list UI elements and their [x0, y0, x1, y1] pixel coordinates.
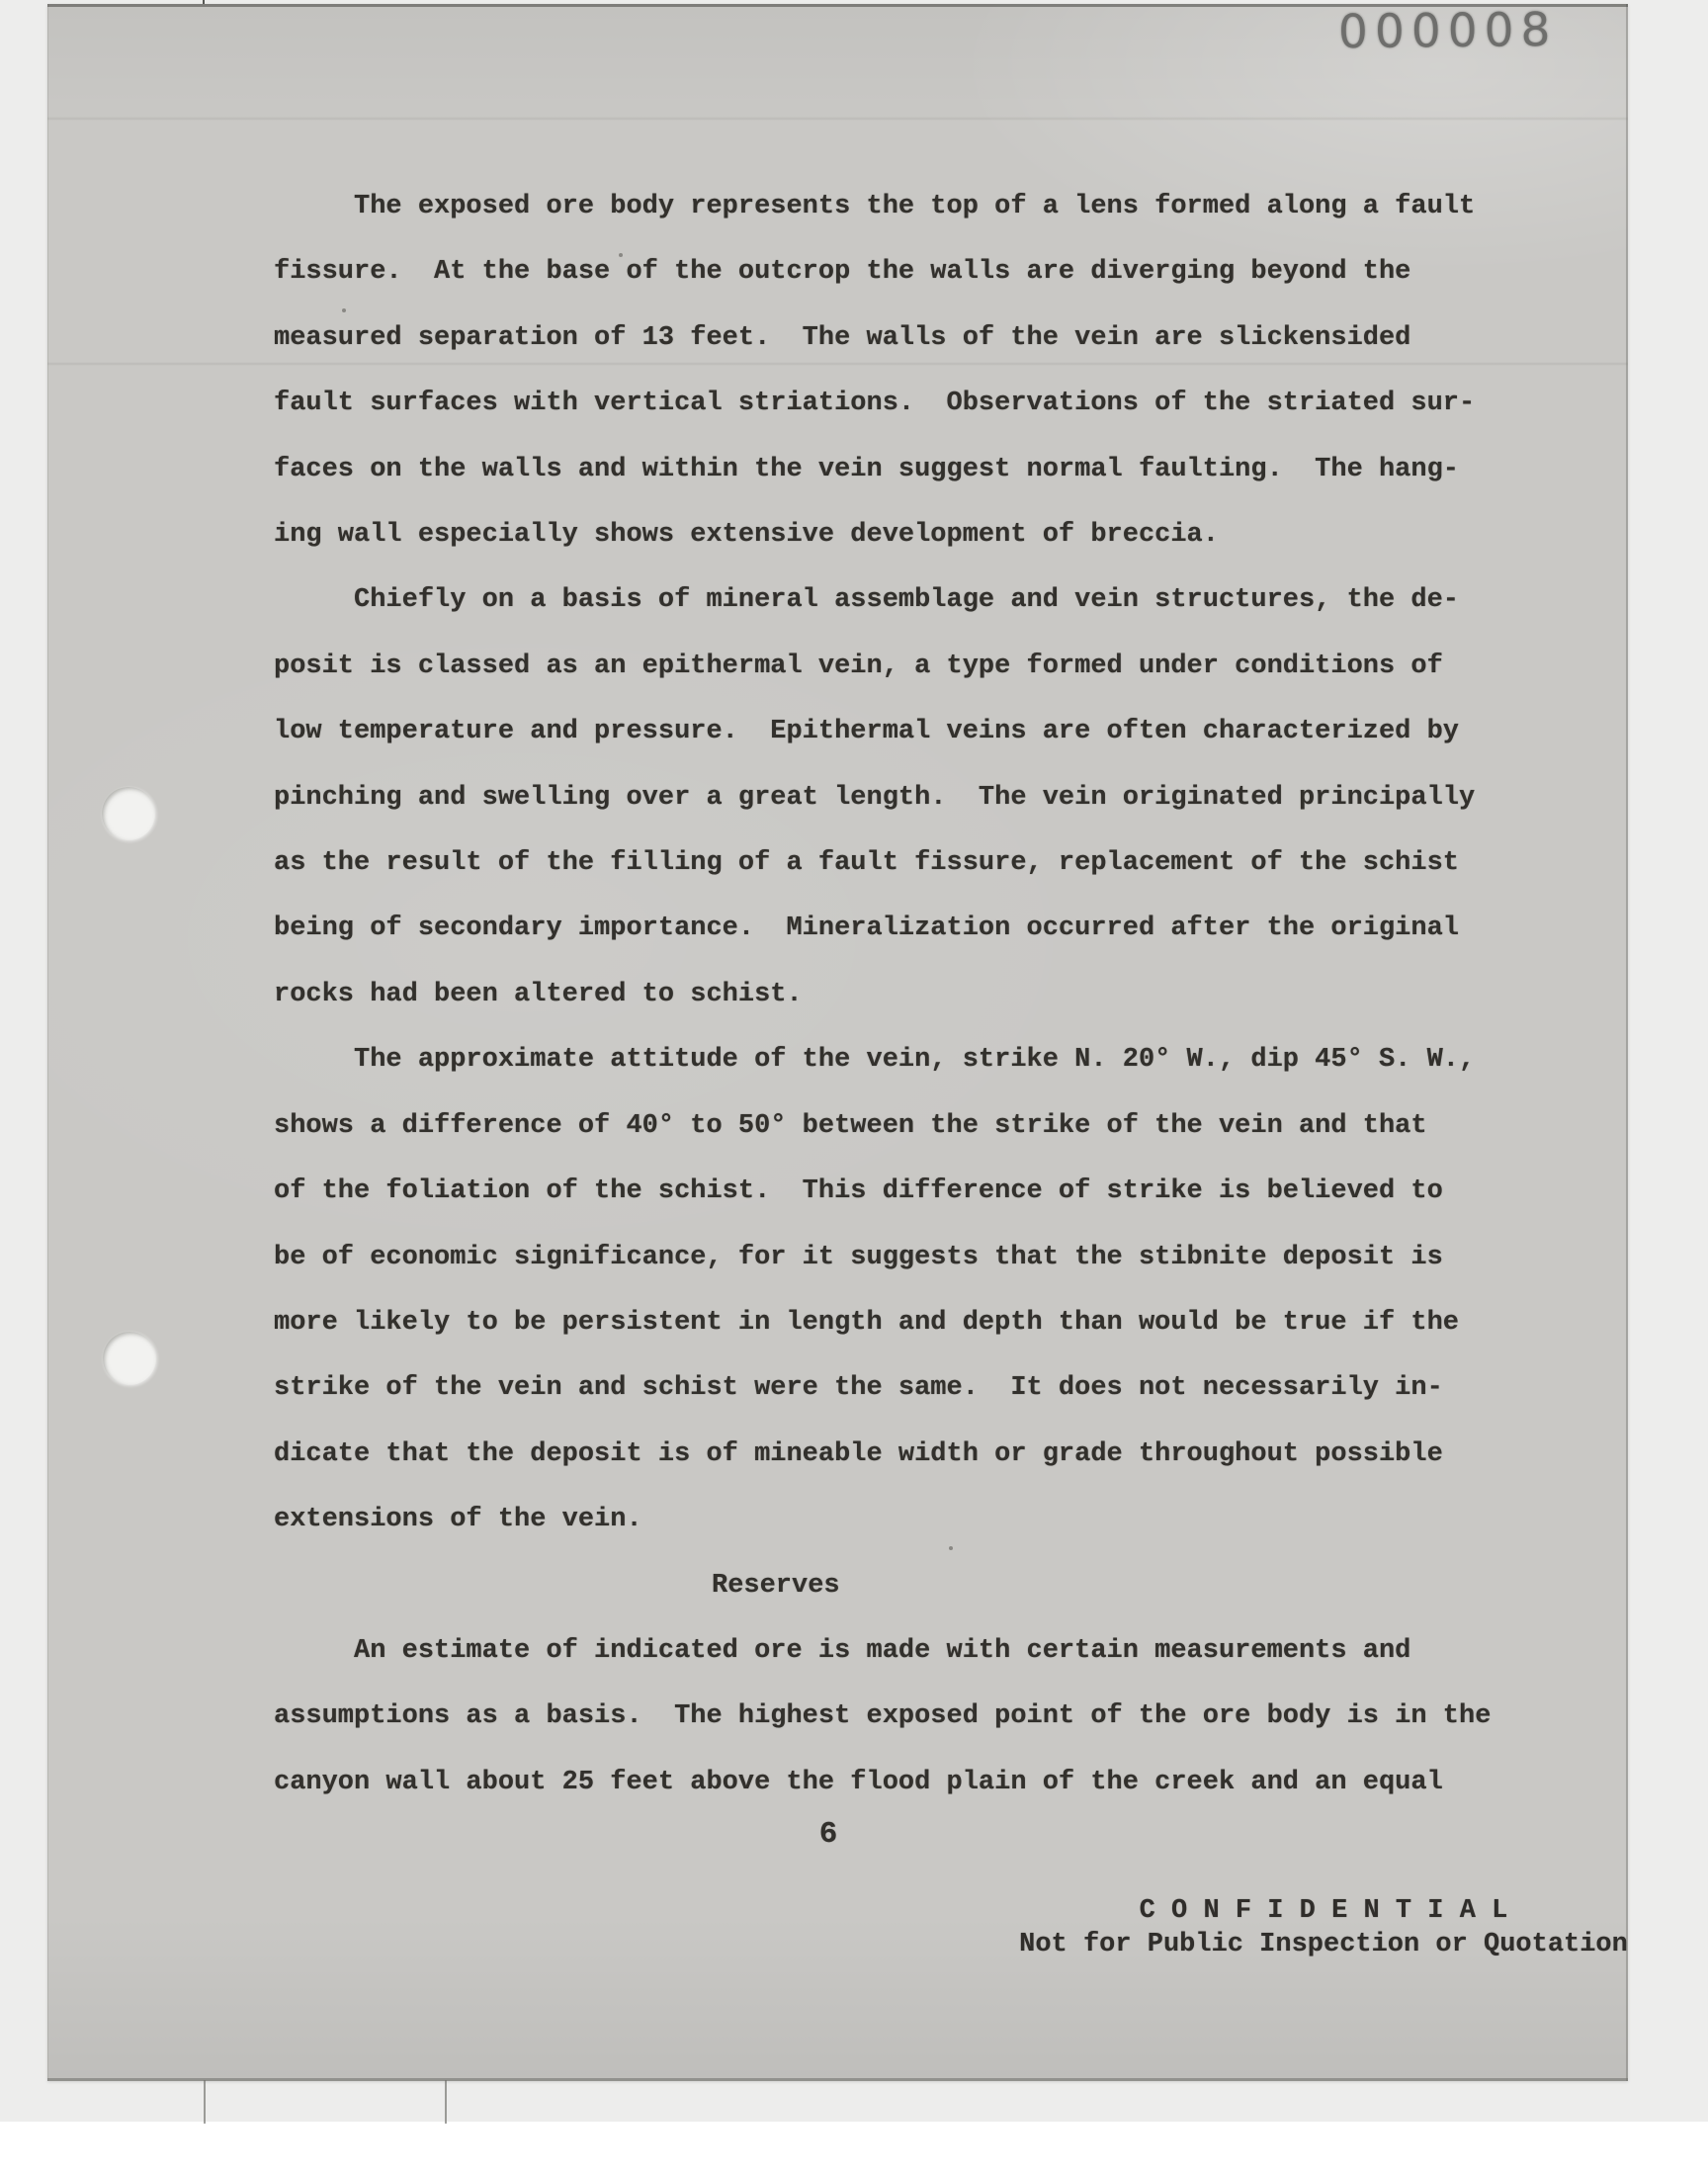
document-body: The exposed ore body represents the top … — [274, 174, 1569, 1815]
document-page: 000008 The exposed ore body represents t… — [47, 4, 1628, 2081]
paragraph-epithermal-vein: Chiefly on a basis of mineral assemblage… — [274, 567, 1569, 1027]
section-heading-reserves: Reserves — [274, 1553, 1569, 1618]
page-number: 6 — [794, 1817, 863, 1852]
scanned-document-image: 000008 The exposed ore body represents t… — [0, 0, 1708, 2175]
paragraph-geology-fault: The exposed ore body represents the top … — [274, 174, 1569, 567]
scan-artifact-line — [445, 2080, 447, 2124]
punch-hole-bottom — [103, 1332, 156, 1385]
punch-hole-top — [102, 787, 155, 840]
confidential-label: C O N F I D E N T I A L — [1003, 1894, 1644, 1928]
footer-classification-block: C O N F I D E N T I A L Not for Public I… — [1003, 1894, 1644, 1961]
restriction-notice: Not for Public Inspection or Quotation — [1003, 1928, 1644, 1961]
paper-crease — [47, 117, 1628, 121]
scan-artifact-line — [204, 2080, 206, 2124]
paragraph-ore-estimate: An estimate of indicated ore is made wit… — [274, 1618, 1569, 1815]
paragraph-vein-attitude: The approximate attitude of the vein, st… — [274, 1027, 1569, 1552]
serial-number-stamp: 000008 — [1338, 3, 1558, 59]
